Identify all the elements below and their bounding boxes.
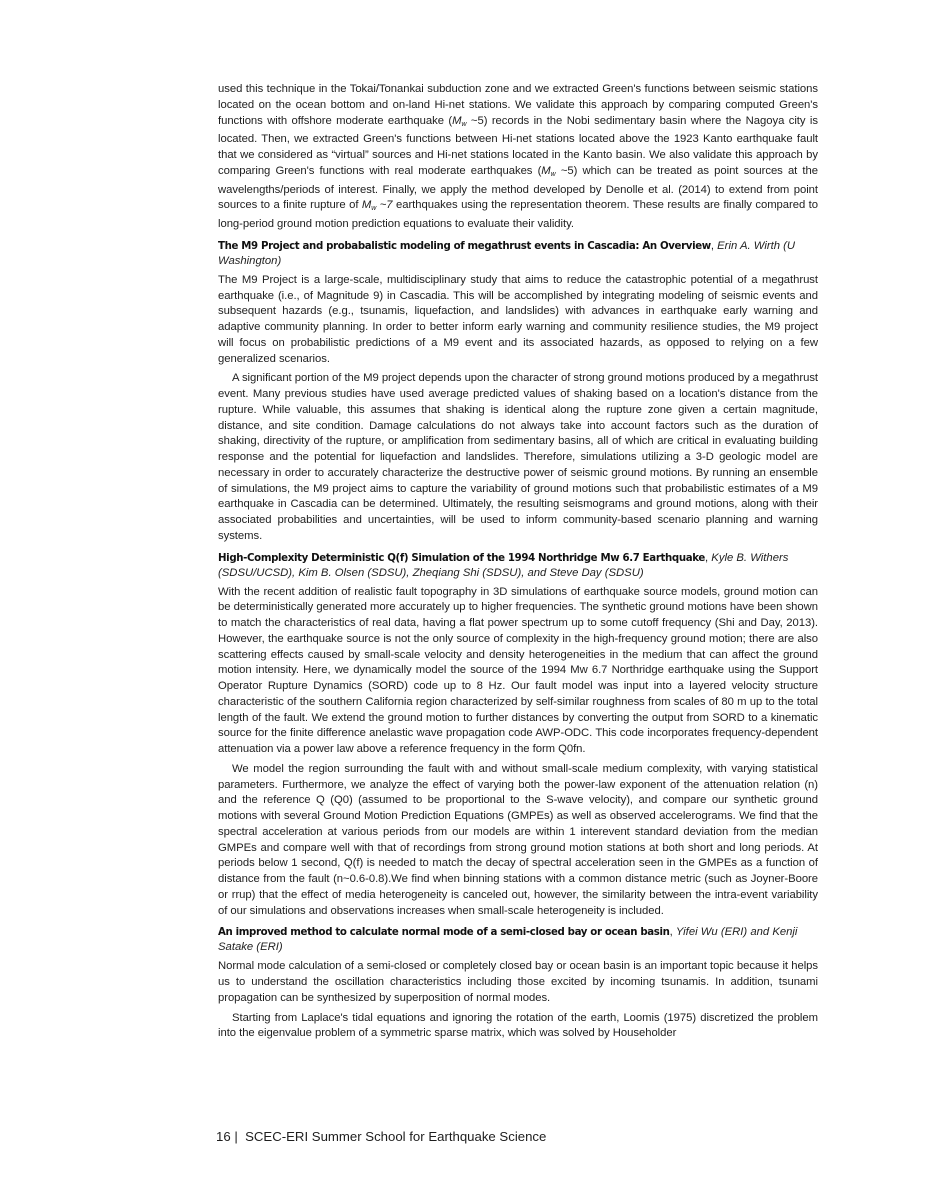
abstract-paragraph: Normal mode calculation of a semi-closed… xyxy=(218,959,818,1006)
abstract-paragraph: Starting from Laplace's tidal equations … xyxy=(218,1011,818,1043)
abstract-heading: An improved method to calculate normal m… xyxy=(218,925,818,955)
footer-separator: | xyxy=(234,1129,237,1144)
page-footer: 16 | SCEC-ERI Summer School for Earthqua… xyxy=(216,1129,546,1144)
moment-magnitude-symbol: M xyxy=(541,165,550,177)
footer-title: SCEC-ERI Summer School for Earthquake Sc… xyxy=(245,1129,546,1144)
abstract-heading: High-Complexity Deterministic Q(f) Simul… xyxy=(218,551,818,581)
abstract-title: The M9 Project and probabalistic modelin… xyxy=(218,241,711,252)
abstract-m9-project: The M9 Project and probabalistic modelin… xyxy=(218,239,818,545)
page-number: 16 xyxy=(216,1129,231,1144)
abstract-paragraph: We model the region surrounding the faul… xyxy=(218,762,818,920)
abstract-paragraph: With the recent addition of realistic fa… xyxy=(218,585,818,758)
abstract-paragraph: A significant portion of the M9 project … xyxy=(218,371,818,544)
moment-magnitude-symbol: M xyxy=(362,199,371,211)
abstract-title: An improved method to calculate normal m… xyxy=(218,927,670,938)
abstract-northridge-simulation: High-Complexity Deterministic Q(f) Simul… xyxy=(218,551,818,920)
abstract-paragraph: The M9 Project is a large-scale, multidi… xyxy=(218,273,818,368)
abstract-heading: The M9 Project and probabalistic modelin… xyxy=(218,239,818,269)
intro-paragraph: used this technique in the Tokai/Tonanka… xyxy=(218,82,818,233)
abstract-normal-mode-bay: An improved method to calculate normal m… xyxy=(218,925,818,1042)
abstract-title: High-Complexity Deterministic Q(f) Simul… xyxy=(218,553,705,564)
page-body: used this technique in the Tokai/Tonanka… xyxy=(218,82,818,1046)
